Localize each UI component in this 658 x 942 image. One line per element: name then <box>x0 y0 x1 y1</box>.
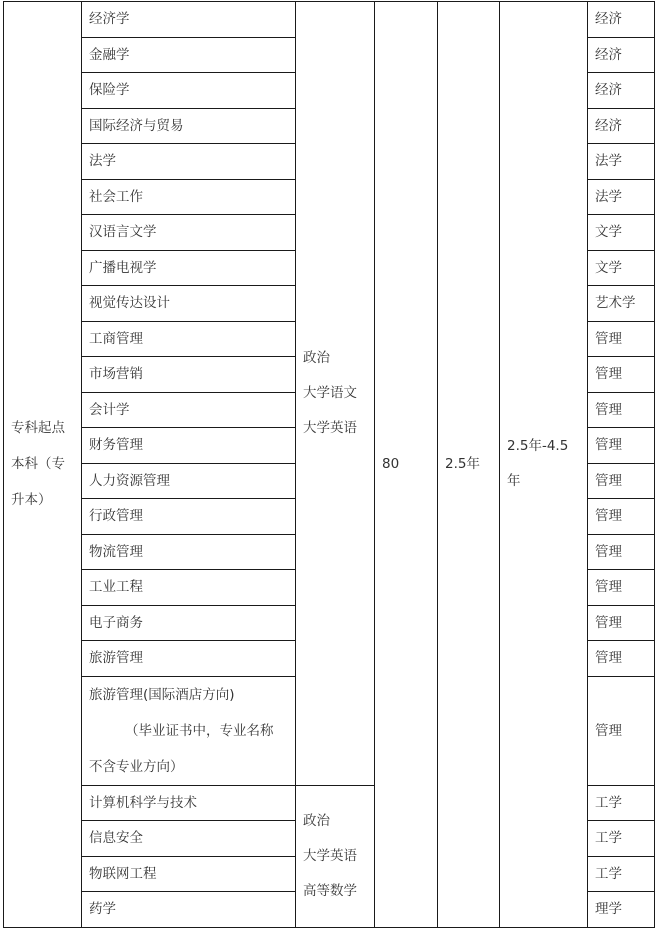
exam-subject: 政治 <box>303 341 374 376</box>
category-cell: 经济 <box>588 2 655 38</box>
study-period-line: 年 <box>507 464 587 499</box>
major-cell: 人力资源管理 <box>82 463 296 499</box>
credits-cell: 80 <box>375 2 438 928</box>
category-cell: 管理 <box>588 321 655 357</box>
major-cell: 社会工作 <box>82 179 296 215</box>
major-cell: 电子商务 <box>82 605 296 641</box>
category-cell: 工学 <box>588 856 655 892</box>
min-years-cell: 2.5年 <box>438 2 500 928</box>
education-level-cell: 专科起点 本科（专 升本） <box>4 2 82 928</box>
major-name: 旅游管理(国际酒店方向) <box>89 677 295 713</box>
exam-subject: 大学语文 <box>303 376 374 411</box>
major-cell: 金融学 <box>82 37 296 73</box>
major-cell: 保险学 <box>82 73 296 109</box>
level-line: 专科起点 <box>11 410 81 446</box>
major-cell: 计算机科学与技术 <box>82 785 296 821</box>
study-period-cell: 2.5年-4.5 年 <box>500 2 588 928</box>
category-cell: 经济 <box>588 108 655 144</box>
major-cell: 旅游管理(国际酒店方向) （毕业证书中，专业名称 不含专业方向） <box>82 676 296 785</box>
exam-subject: 大学英语 <box>303 411 374 446</box>
level-line: 升本） <box>11 482 81 518</box>
program-table: 专科起点 本科（专 升本） 经济学 政治 大学语文 大学英语 80 2.5年 2… <box>3 1 655 928</box>
exam-subject: 大学英语 <box>303 839 374 874</box>
category-cell: 工学 <box>588 821 655 857</box>
exam-subject: 高等数学 <box>303 874 374 909</box>
category-cell: 经济 <box>588 73 655 109</box>
category-cell: 工学 <box>588 785 655 821</box>
major-cell: 物流管理 <box>82 534 296 570</box>
major-cell: 国际经济与贸易 <box>82 108 296 144</box>
category-cell: 管理 <box>588 392 655 428</box>
major-cell: 经济学 <box>82 2 296 38</box>
major-cell: 药学 <box>82 892 296 928</box>
major-cell: 财务管理 <box>82 428 296 464</box>
major-cell: 汉语言文学 <box>82 215 296 251</box>
major-cell: 视觉传达设计 <box>82 286 296 322</box>
major-cell: 信息安全 <box>82 821 296 857</box>
study-period-line: 2.5年-4.5 <box>507 429 587 464</box>
category-cell: 管理 <box>588 605 655 641</box>
exam-subject: 政治 <box>303 804 374 839</box>
category-cell: 文学 <box>588 250 655 286</box>
major-cell: 旅游管理 <box>82 641 296 677</box>
major-cell: 市场营销 <box>82 357 296 393</box>
major-cell: 广播电视学 <box>82 250 296 286</box>
category-cell: 理学 <box>588 892 655 928</box>
exam-subjects-cell: 政治 大学英语 高等数学 <box>296 785 375 927</box>
category-cell: 管理 <box>588 357 655 393</box>
category-cell: 管理 <box>588 676 655 785</box>
category-cell: 管理 <box>588 570 655 606</box>
category-cell: 管理 <box>588 463 655 499</box>
category-cell: 管理 <box>588 428 655 464</box>
category-cell: 经济 <box>588 37 655 73</box>
level-line: 本科（专 <box>11 446 81 482</box>
category-cell: 管理 <box>588 534 655 570</box>
category-cell: 文学 <box>588 215 655 251</box>
major-cell: 法学 <box>82 144 296 180</box>
category-cell: 管理 <box>588 641 655 677</box>
major-cell: 工商管理 <box>82 321 296 357</box>
major-cell: 物联网工程 <box>82 856 296 892</box>
major-cell: 会计学 <box>82 392 296 428</box>
table-row: 专科起点 本科（专 升本） 经济学 政治 大学语文 大学英语 80 2.5年 2… <box>4 2 655 38</box>
category-cell: 艺术学 <box>588 286 655 322</box>
category-cell: 管理 <box>588 499 655 535</box>
exam-subjects-cell: 政治 大学语文 大学英语 <box>296 2 375 786</box>
category-cell: 法学 <box>588 179 655 215</box>
major-cell: 行政管理 <box>82 499 296 535</box>
major-note: （毕业证书中，专业名称 <box>89 713 295 749</box>
category-cell: 法学 <box>588 144 655 180</box>
major-note: 不含专业方向） <box>89 749 295 785</box>
major-cell: 工业工程 <box>82 570 296 606</box>
